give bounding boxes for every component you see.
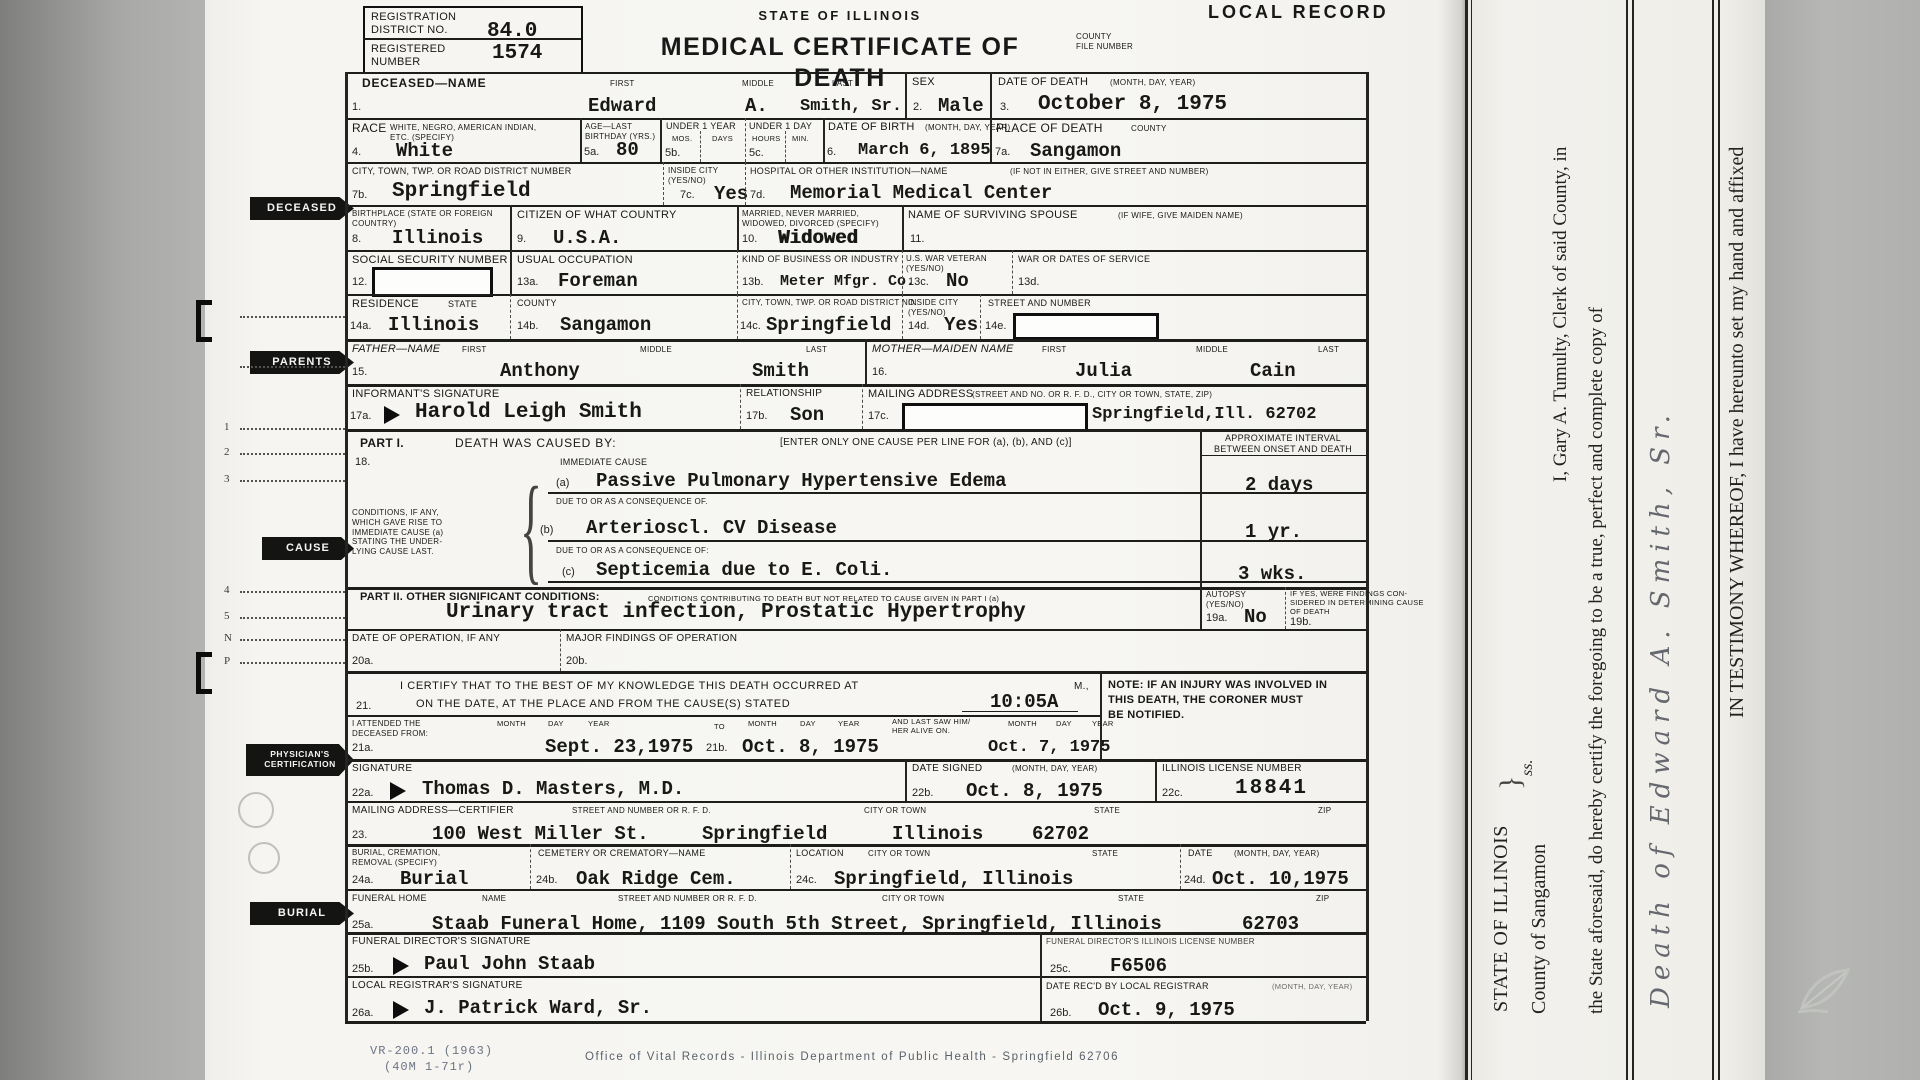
rule-line [548,581,1366,583]
margin-dotted-line [240,428,345,430]
attended-label: I ATTENDED THE DECEASED FROM: [352,719,428,739]
field-7c-num: 7c. [680,189,695,201]
registered-number-value: 1574 [492,42,542,65]
deceased-first-value: Edward [588,95,656,117]
certifier-zip-label: ZIP [1318,806,1331,816]
certify-m-label: M., [1074,681,1089,693]
rule-line-dashed [862,384,863,429]
rule-line [345,250,1366,252]
rule-line-dashed [530,844,531,889]
occupation-label: USUAL OCCUPATION [517,254,633,267]
cause-b-label: (b) [540,524,553,536]
father-last-label: LAST [806,345,827,355]
hospital-label: HOSPITAL OR OTHER INSTITUTION—NAME [750,166,948,177]
rule-line [363,38,581,40]
residence-city-label: CITY, TOWN, TWP. OR ROAD DISTRICT NO. [742,298,917,308]
rule-line [345,889,1366,891]
rule-line [660,118,662,162]
location-value: Springfield, Illinois [834,868,1073,890]
field-8-num: 8. [352,233,361,245]
date-signed-label: DATE SIGNED [912,763,982,775]
part1-label: PART I. [360,436,404,451]
father-last-value: Smith [752,360,809,382]
deceased-name-label: DECEASED—NAME [362,76,486,91]
certifier-street-value: 100 West Miller St. [432,823,649,845]
birthplace-label: BIRTHPLACE (STATE OR FOREIGN COUNTRY) [352,209,493,229]
certify-line1: I CERTIFY THAT TO THE BEST OF MY KNOWLED… [400,680,859,693]
registrar-arrow-icon [393,1001,409,1019]
cemetery-value: Oak Ridge Cem. [576,868,736,890]
day-label-2: DAY [800,719,816,728]
field-1-num: 1. [352,101,361,113]
registration-district-label: REGISTRATION DISTRICT NO. [371,11,456,38]
mailing-address-sub: (STREET AND NO. OR R. F. D., CITY OR TOW… [972,390,1212,400]
cause-brace: { [520,460,542,598]
under-1-day-label: UNDER 1 DAY [749,121,812,132]
citizen-label: CITIZEN OF WHAT COUNTRY [517,209,677,222]
deceased-middle-value: A. [745,95,768,117]
rule-line [1632,0,1634,1080]
field-10-num: 10. [742,233,757,245]
month-label-2: MONTH [748,719,777,728]
rule-line [345,118,1366,120]
ring-mark-1 [238,792,274,828]
side-ss-label: ss. [1519,760,1537,776]
field-19b-num: 19b. [1290,616,1311,628]
burial-date-label: DATE [1188,848,1213,859]
citizen-value: U.S.A. [553,227,621,249]
business-label: KIND OF BUSINESS OR INDUSTRY [742,254,899,265]
rule-line [580,118,582,162]
veteran-value: No [946,270,969,292]
margin-dotted-line [240,453,345,455]
city-value: Springfield [392,180,531,203]
mother-name-label: MOTHER—MAIDEN NAME [872,343,1014,356]
mailing-address-label: MAILING ADDRESS [868,388,973,401]
father-name-label: FATHER—NAME [352,343,440,356]
residence-state-label: STATE [448,299,477,310]
director-license-label: FUNERAL DIRECTOR'S ILLINOIS LICENSE NUMB… [1046,937,1255,947]
field-24a-num: 24a. [352,874,373,886]
field-13d-num: 13d. [1018,276,1039,288]
field-22c-num: 22c. [1162,787,1183,799]
field-14b-num: 14b. [517,320,538,332]
certify-line2: ON THE DATE, AT THE PLACE AND FROM THE C… [416,698,790,711]
funeral-city-label: CITY OR TOWN [882,894,944,904]
mother-middle-label: MIDDLE [1196,345,1228,355]
rule-line [345,72,1366,74]
attended-to-value: Oct. 8, 1975 [742,736,879,758]
margin-index-number: 1 [224,421,230,433]
certifier-address-label: MAILING ADDRESS—CERTIFIER [352,805,514,817]
field-14a-num: 14a. [350,320,371,332]
side-handwritten-title: Death of Edward A. Smith, Sr. [1646,408,1676,1008]
rule-line [737,205,739,250]
physician-arrow-icon [390,782,406,800]
date-of-death-sub: (MONTH, DAY, YEAR) [1110,78,1195,88]
rule-line [990,72,992,118]
certifier-street-label: STREET AND NUMBER OR R. F. D. [572,806,711,816]
field-20b-num: 20b. [566,655,587,667]
coroner-note: NOTE: IF AN INJURY WAS INVOLVED IN THIS … [1108,678,1327,723]
inside-city-label: INSIDE CITY (YES/NO) [668,166,718,186]
funeral-state-label: STATE [1118,894,1144,904]
rule-line [1471,0,1472,1080]
margin-dotted-line [240,662,345,664]
certifier-state-label: STATE [1094,806,1120,816]
field-24d-num: 24d. [1184,874,1205,886]
field-14e-num: 14e. [985,320,1006,332]
tab-parents: PARENTS [250,351,354,374]
not-in-either-label: (IF NOT IN EITHER, GIVE STREET AND NUMBE… [1010,167,1209,177]
rule-line [345,715,1100,717]
last-saw-label: AND LAST SAW HIM/ HER ALIVE ON. [892,717,970,735]
mother-first-value: Julia [1075,360,1132,382]
street-number-label: STREET AND NUMBER [988,298,1091,309]
paper-fold-shadow [1438,0,1465,1080]
field-16-num: 16. [872,366,887,378]
registrar-value: J. Patrick Ward, Sr. [424,997,652,1019]
autopsy-label: AUTOPSY (YES/NO) [1206,590,1246,610]
hours-label: HOURS [752,134,781,143]
side-clerk-line-1: I, Gary A. Tumulty, Clerk of said County… [1550,147,1572,482]
date-signed-value: Oct. 8, 1975 [966,780,1103,802]
side-county-of-sangamon: County of Sangamon [1528,844,1551,1014]
marital-label: MARRIED, NEVER MARRIED, WIDOWED, DIVORCE… [742,209,879,229]
rule-line [823,118,825,162]
place-of-death-label: PLACE OF DEATH [996,121,1103,136]
rule-line [905,72,907,118]
field-20a-num: 20a. [352,655,373,667]
burial-method-value: Burial [400,868,468,890]
cause-a-label: (a) [556,477,569,489]
days-label: DAYS [712,134,733,143]
deceased-last-value: Smith, Sr. [800,97,902,116]
rule-line [345,587,1366,590]
rule-line [962,711,1078,712]
spouse-label: NAME OF SURVIVING SPOUSE [908,209,1078,222]
rule-line-dashed [700,131,701,162]
war-dates-label: WAR OR DATES OF SERVICE [1018,254,1150,265]
rule-line [1040,976,1042,1021]
form-number-2: (40M 1-71r) [384,1060,474,1075]
state-of-illinois-label: STATE OF ILLINOIS [730,8,950,24]
signature-arrow-icon [384,406,400,424]
informant-value: Harold Leigh Smith [415,401,642,424]
race-label: RACE [352,121,387,136]
field-11-num: 11. [910,233,924,245]
tab-deceased: DECEASED [250,197,354,220]
ring-mark-2 [248,842,280,874]
registrar-label: LOCAL REGISTRAR'S SIGNATURE [352,980,523,992]
rule-line [345,1021,1366,1024]
field-3-num: 3. [1000,101,1009,113]
rule-line [1718,0,1720,1080]
middle-label: MIDDLE [742,79,774,89]
rule-line [1200,429,1202,629]
informant-label: INFORMANT'S SIGNATURE [352,388,500,401]
side-testimony-line: IN TESTIMONY WHEREOF, I have hereunto se… [1726,147,1749,718]
rule-line-dashed [902,250,903,294]
margin-dotted-line [240,316,345,318]
side-state-of-illinois: STATE OF ILLINOIS [1490,825,1513,1012]
rule-line [345,976,1366,978]
field-18-num: 18. [355,456,370,468]
margin-dotted-line [240,591,345,593]
sex-label: SEX [912,76,935,89]
relationship-value: Son [790,404,824,426]
rule-line [1465,0,1468,1080]
side-brace: } [1494,776,1528,790]
spouse-sub-label: (IF WIFE, GIVE MAIDEN NAME) [1118,211,1243,221]
field-21b-num: 21b. [706,742,727,754]
certifier-zip-value: 62702 [1032,823,1089,845]
year-label-3: YEAR [1092,719,1114,728]
part2-value: Urinary tract infection, Prostatic Hyper… [446,601,1026,624]
mos-label: MOS. [672,134,692,143]
rule-line-dashed [1180,844,1181,889]
field-25a-num: 25a. [352,919,373,931]
mother-last-label: LAST [1318,345,1339,355]
rule-line [345,72,348,1021]
major-findings-label: MAJOR FINDINGS OF OPERATION [566,633,737,645]
certifier-city-label: CITY OR TOWN [864,806,926,816]
field-21a-num: 21a. [352,742,373,754]
rule-line [345,759,1366,762]
father-middle-label: MIDDLE [640,345,672,355]
rule-line [345,162,1366,164]
month-label-3: MONTH [1008,719,1037,728]
field-17a-num: 17a. [350,410,371,422]
director-license-value: F6506 [1110,955,1167,977]
funeral-name-label: NAME [482,894,506,904]
leaf-watermark-icon [1788,958,1858,1022]
margin-index-number: P [224,655,230,667]
margin-index-number: 2 [224,446,230,458]
father-first-value: Anthony [500,360,580,382]
field-7b-num: 7b. [352,189,367,201]
rule-line [510,205,512,250]
rule-line [1200,455,1366,456]
burial-date-value: Oct. 10,1975 [1212,868,1349,890]
interval-header-label: APPROXIMATE INTERVAL BETWEEN ONSET AND D… [1202,433,1364,455]
field-25b-num: 25b. [352,963,373,975]
cause-c-value: Septicemia due to E. Coli. [596,559,892,581]
field-24c-num: 24c. [796,874,817,886]
relationship-label: RELATIONSHIP [746,388,822,400]
license-number-value: 18841 [1235,777,1308,800]
registrar-date-value: Oct. 9, 1975 [1098,999,1235,1021]
field-15-num: 15. [352,366,367,378]
funeral-home-label: FUNERAL HOME [352,893,427,904]
rule-line-dashed [737,250,738,294]
margin-index-number: 4 [224,584,230,596]
pod-county-label: COUNTY [1131,124,1167,134]
registrar-date-sub: (MONTH, DAY, YEAR) [1272,982,1352,991]
hole-punch-top [196,300,212,342]
rule-line-dashed [745,162,746,205]
rule-line [1100,671,1102,759]
rule-line-dashed [745,118,746,162]
field-7d-num: 7d. [750,189,765,201]
tab-burial: BURIAL [250,902,354,925]
margin-index-number: 3 [224,473,230,485]
field-14d-num: 14d. [908,320,929,332]
immediate-cause-label: IMMEDIATE CAUSE [560,457,647,468]
tab-physician-certification: PHYSICIAN'S CERTIFICATION [246,744,354,776]
field-2-num: 2. [913,101,922,113]
director-arrow-icon [393,957,409,975]
local-record-label: LOCAL RECORD [1208,2,1389,24]
residence-state-value: Illinois [388,314,479,336]
margin-index-number: N [224,632,232,644]
mother-last-value: Cain [1250,360,1296,382]
cause-c-label: (c) [562,566,575,578]
due-to-label-1: DUE TO OR AS A CONSEQUENCE OF. [556,497,708,507]
rule-line [990,118,992,162]
location-label: LOCATION [796,848,844,859]
registered-number-label: REGISTERED NUMBER [371,43,446,70]
rule-line [345,384,1366,387]
field-14c-num: 14c. [740,320,761,332]
rule-line [902,205,904,250]
director-value: Paul John Staab [424,953,595,975]
sex-value: Male [938,95,984,117]
hole-punch-bottom [196,652,212,694]
rule-line-dashed [902,294,903,339]
date-of-birth-label: DATE OF BIRTH [828,121,915,134]
field-6-num: 6. [827,146,836,158]
margin-dotted-line [240,366,345,368]
rule-line [1040,932,1042,976]
residence-county-label: COUNTY [517,298,557,309]
residence-city-value: Springfield [766,314,891,336]
field-23-num: 23. [352,829,367,841]
birthplace-value: Illinois [392,227,483,249]
month-label-1: MONTH [497,719,526,728]
last-saw-value: Oct. 7, 1975 [988,738,1110,757]
director-label: FUNERAL DIRECTOR'S SIGNATURE [352,936,530,948]
day-label-3: DAY [1056,719,1072,728]
rule-line [345,629,1366,631]
rule-line-dashed [560,629,561,671]
pod-county-value: Sangamon [1030,140,1121,162]
residence-inside-value: Yes [944,314,978,336]
rule-line [548,492,1366,494]
physician-signature-value: Thomas D. Masters, M.D. [422,778,684,800]
rule-line-dashed [980,294,981,339]
rule-line [345,844,1366,847]
rule-line-dashed [1012,250,1013,294]
hospital-value: Memorial Medical Center [790,182,1052,204]
mailing-redaction-box [902,403,1088,432]
signature-label: SIGNATURE [352,763,412,775]
burial-state-label: STATE [1092,849,1118,859]
field-22a-num: 22a. [352,787,373,799]
funeral-zip-label: ZIP [1316,894,1329,904]
field-19a-num: 19a. [1206,612,1227,624]
due-to-label-2: DUE TO OR AS A CONSEQUENCE OF: [556,546,709,556]
findings-considered-label: IF YES, WERE FINDINGS CON- SIDERED IN DE… [1290,589,1424,616]
conditions-note-label: CONDITIONS, IF ANY, WHICH GAVE RISE TO I… [352,508,443,557]
rule-line-dashed [1285,587,1286,629]
autopsy-value: No [1244,606,1267,628]
rule-line-dashed [790,844,791,889]
rule-line [1712,0,1714,1080]
rule-line [548,540,1366,542]
rule-line [1366,72,1369,1021]
margin-dotted-line [240,639,345,641]
rule-line-dashed [785,131,786,162]
inside-city-value: Yes [714,183,748,205]
rule-line [345,339,1366,342]
field-5b-num: 5b. [665,147,680,159]
field-24b-num: 24b. [536,874,557,886]
county-file-number-label: COUNTY FILE NUMBER [1076,32,1133,52]
rule-line [905,759,907,801]
day-label-1: DAY [548,719,564,728]
age-value: 80 [616,139,639,161]
field-26a-num: 26a. [352,1007,373,1019]
cause-a-value: Passive Pulmonary Hypertensive Edema [596,470,1006,492]
license-number-label: ILLINOIS LICENSE NUMBER [1162,763,1302,775]
year-label-2: YEAR [838,719,860,728]
occupation-value: Foreman [558,270,638,292]
tab-cause: CAUSE [262,537,354,560]
burial-city-label: CITY OR TOWN [868,849,930,859]
cause-b-value: Arterioscl. CV Disease [586,517,837,539]
field-5c-num: 5c. [749,147,764,159]
side-clerk-line-2: the State aforesaid, do hereby certify t… [1586,307,1608,1014]
caused-by-label: DEATH WAS CAUSED BY: [455,436,616,451]
field-13b-num: 13b. [742,276,763,288]
registration-district-value: 84.0 [487,20,537,43]
rule-line-dashed [737,294,738,339]
field-13c-num: 13c. [908,276,929,288]
field-13a-num: 13a. [517,276,538,288]
rule-line [345,932,1366,935]
father-first-label: FIRST [462,345,487,355]
residence-county-value: Sangamon [560,314,651,336]
margin-index-number: 5 [224,610,230,622]
rule-line [510,250,512,294]
last-label: LAST [832,79,853,89]
business-value: Meter Mfgr. Co. [780,273,915,290]
certifier-city-value: Springfield [702,823,827,845]
field-25c-num: 25c. [1050,963,1071,975]
street-redaction-box [1013,313,1159,340]
margin-dotted-line [240,617,345,619]
rule-line [1155,759,1157,801]
residence-label: RESIDENCE [352,298,419,311]
vital-records-office-line: Office of Vital Records - Illinois Depar… [585,1050,1119,1064]
burial-method-label: BURIAL, CREMATION, REMOVAL (SPECIFY) [352,848,440,868]
rule-line [345,671,1366,674]
year-label-1: YEAR [588,719,610,728]
first-label: FIRST [610,79,635,89]
form-number: VR-200.1 (1963) [370,1044,493,1059]
ssn-redaction-box [372,267,493,297]
funeral-street-label: STREET AND NUMBER OR R. F. D. [618,894,757,904]
rule-line-dashed [740,384,741,429]
mother-first-label: FIRST [1042,345,1067,355]
date-of-operation-label: DATE OF OPERATION, IF ANY [352,633,500,645]
ssn-label: SOCIAL SECURITY NUMBER [352,254,508,267]
rule-line-dashed [510,294,511,339]
date-of-death-label: DATE OF DEATH [998,76,1088,89]
marital-value: Widowed [778,227,858,249]
field-5a-num: 5a. [584,146,599,158]
